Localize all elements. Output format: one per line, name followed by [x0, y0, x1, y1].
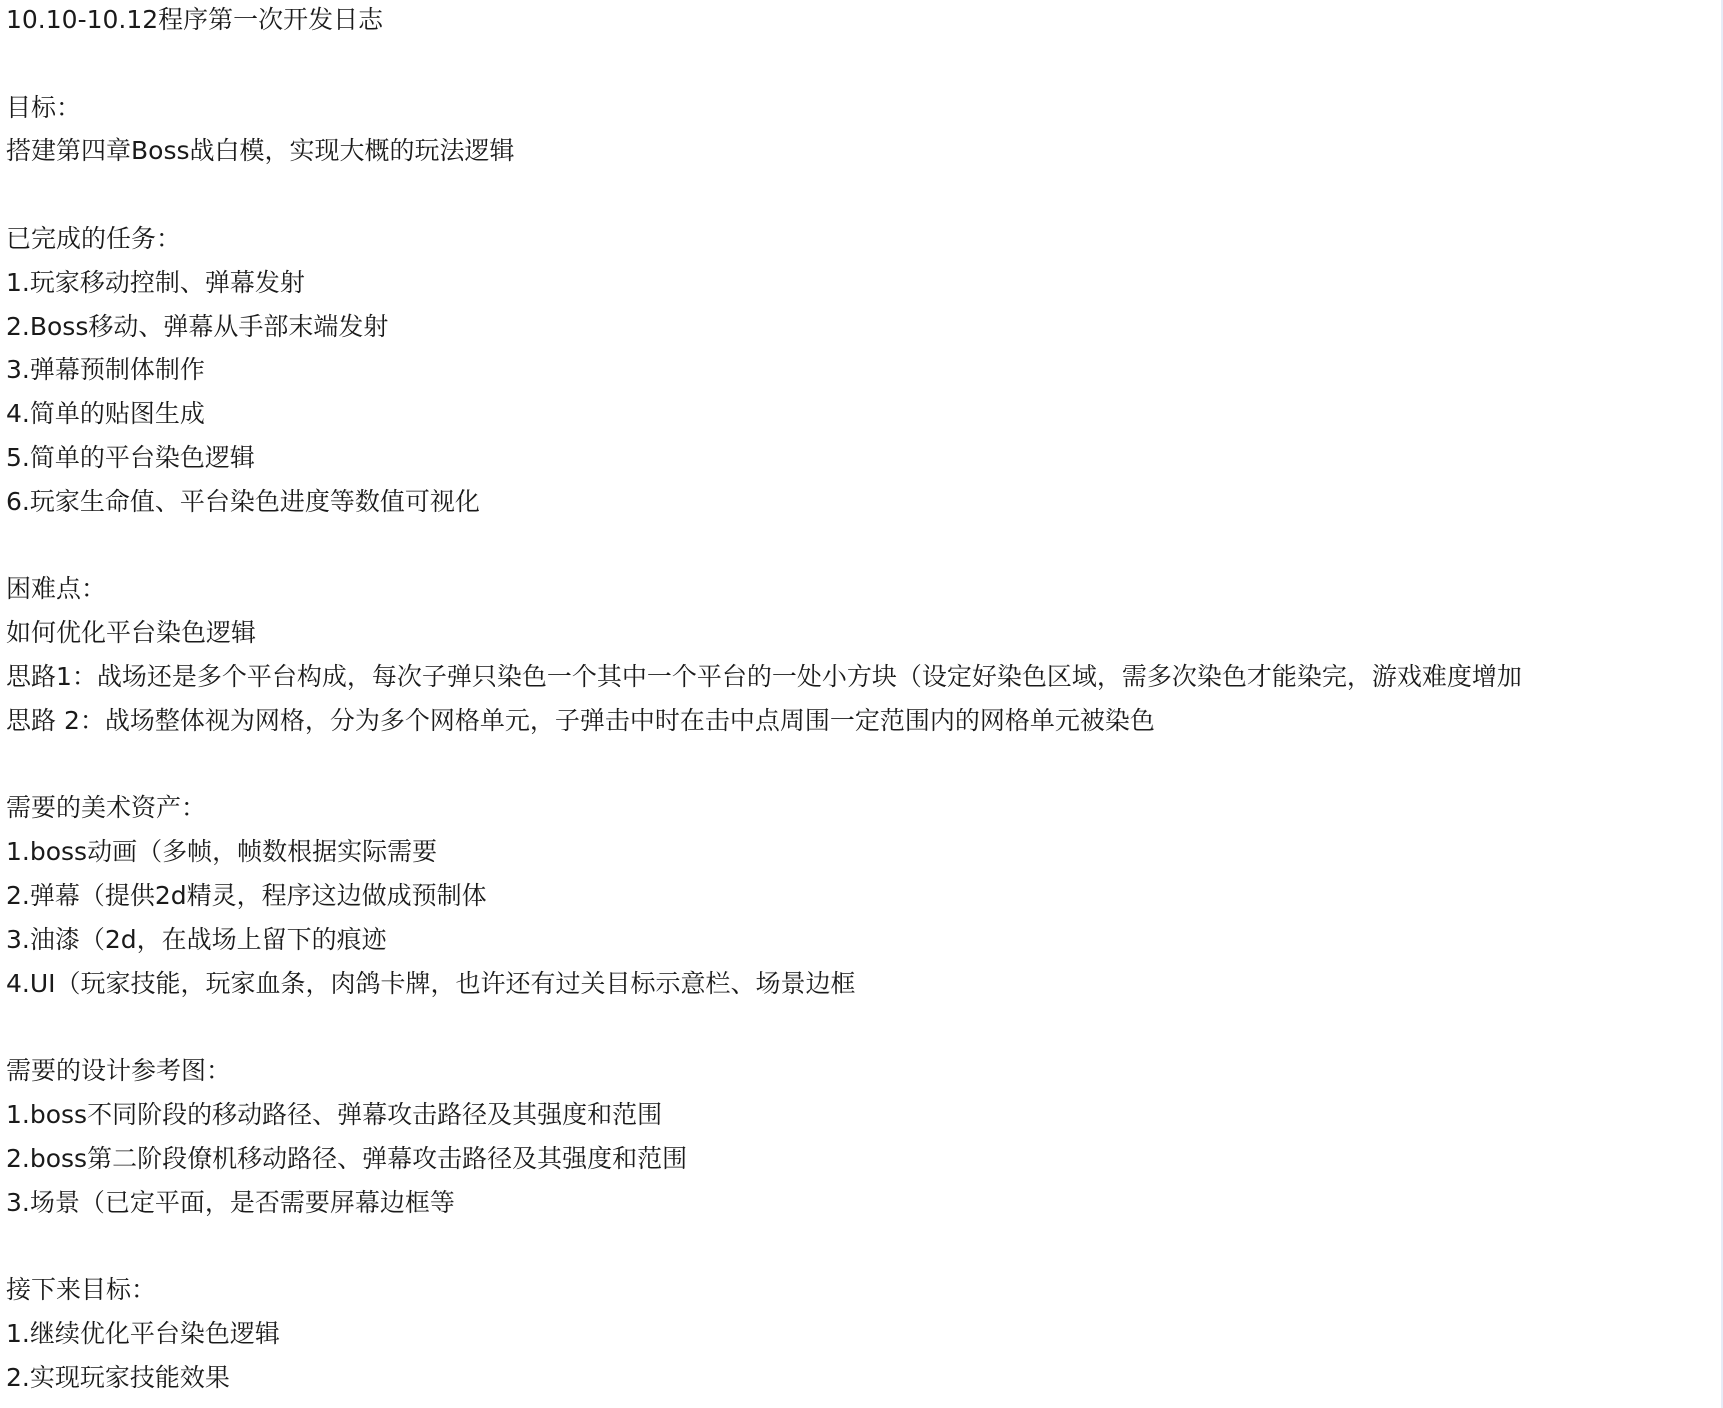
art-asset-item: 4.UI（玩家技能，玩家血条，肉鸽卡牌，也许还有过关目标示意栏、场景边框	[6, 962, 1719, 1006]
difficulty-item: 思路 2：战场整体视为网格，分为多个网格单元，子弹击中时在击中点周围一定范围内的…	[6, 699, 1719, 743]
design-refs-heading: 需要的设计参考图：	[6, 1049, 1719, 1093]
difficulties-heading: 困难点：	[6, 567, 1719, 611]
art-asset-item: 2.弹幕（提供2d精灵，程序这边做成预制体	[6, 874, 1719, 918]
design-ref-item: 1.boss不同阶段的移动路径、弹幕攻击路径及其强度和范围	[6, 1093, 1719, 1137]
next-goals-heading: 接下来目标：	[6, 1268, 1719, 1312]
next-goal-item: 1.继续优化平台染色逻辑	[6, 1312, 1719, 1356]
blank-line	[6, 1224, 1719, 1268]
next-goal-item: 2.实现玩家技能效果	[6, 1356, 1719, 1400]
art-asset-item: 3.油漆（2d，在战场上留下的痕迹	[6, 918, 1719, 962]
completed-task-item: 4.简单的贴图生成	[6, 392, 1719, 436]
goal-heading: 目标：	[6, 86, 1719, 130]
difficulty-item: 思路1：战场还是多个平台构成，每次子弹只染色一个其中一个平台的一处小方块（设定好…	[6, 655, 1719, 699]
art-asset-item: 1.boss动画（多帧，帧数根据实际需要	[6, 830, 1719, 874]
completed-task-item: 5.简单的平台染色逻辑	[6, 436, 1719, 480]
completed-task-item: 2.Boss移动、弹幕从手部末端发射	[6, 305, 1719, 349]
document-title: 10.10-10.12程序第一次开发日志	[6, 0, 1719, 42]
difficulty-item: 如何优化平台染色逻辑	[6, 611, 1719, 655]
design-ref-item: 2.boss第二阶段僚机移动路径、弹幕攻击路径及其强度和范围	[6, 1137, 1719, 1181]
completed-task-item: 1.玩家移动控制、弹幕发射	[6, 261, 1719, 305]
blank-line	[6, 173, 1719, 217]
document-body: 10.10-10.12程序第一次开发日志 目标： 搭建第四章Boss战白模，实现…	[6, 0, 1719, 1400]
blank-line	[6, 524, 1719, 568]
goal-text: 搭建第四章Boss战白模，实现大概的玩法逻辑	[6, 129, 1719, 173]
art-assets-heading: 需要的美术资产：	[6, 786, 1719, 830]
completed-task-item: 3.弹幕预制体制作	[6, 348, 1719, 392]
completed-tasks-heading: 已完成的任务：	[6, 217, 1719, 261]
blank-line	[6, 1005, 1719, 1049]
completed-task-item: 6.玩家生命值、平台染色进度等数值可视化	[6, 480, 1719, 524]
blank-line	[6, 743, 1719, 787]
design-ref-item: 3.场景（已定平面，是否需要屏幕边框等	[6, 1181, 1719, 1225]
blank-line	[6, 42, 1719, 86]
